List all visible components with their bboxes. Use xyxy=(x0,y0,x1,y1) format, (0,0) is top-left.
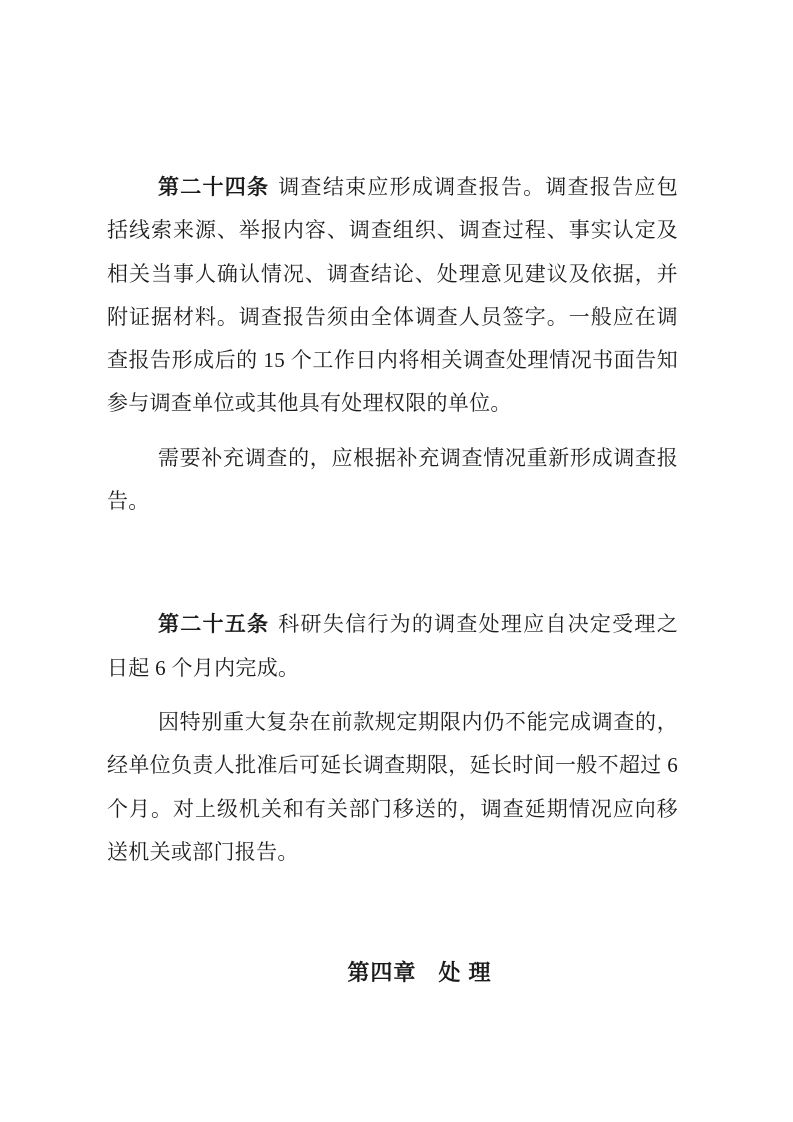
chapter-heading: 第四章处 理 xyxy=(134,951,705,994)
supplementary-investigation-text: 需要补充调查的，应根据补充调查情况重新形成调查报告。 xyxy=(107,446,678,513)
extension-paragraph: 因特别重大复杂在前款规定期限内仍不能完成调查的，经单位负责人批准后可延长调查期限… xyxy=(107,701,678,874)
document-page: 第二十四条调查结束应形成调查报告。调查报告应包括线索来源、举报内容、调查组织、调… xyxy=(0,0,793,1122)
supplementary-investigation-paragraph: 需要补充调查的，应根据补充调查情况重新形成调查报告。 xyxy=(107,437,678,524)
article-25-label: 第二十五条 xyxy=(158,612,269,636)
article-24-text: 调查结束应形成调查报告。调查报告应包括线索来源、举报内容、调查组织、调查过程、事… xyxy=(107,175,678,415)
article-24-paragraph: 第二十四条调查结束应形成调查报告。调查报告应包括线索来源、举报内容、调查组织、调… xyxy=(107,166,678,426)
article-25-paragraph: 第二十五条科研失信行为的调查处理应自决定受理之日起 6 个月内完成。 xyxy=(107,603,678,690)
extension-text: 因特别重大复杂在前款规定期限内仍不能完成调查的，经单位负责人批准后可延长调查期限… xyxy=(107,710,678,864)
chapter-number: 第四章 xyxy=(347,960,416,985)
article-24-label: 第二十四条 xyxy=(158,175,269,199)
document-content: 第二十四条调查结束应形成调查报告。调查报告应包括线索来源、举报内容、调查组织、调… xyxy=(0,0,793,994)
chapter-title: 处 理 xyxy=(438,960,491,985)
